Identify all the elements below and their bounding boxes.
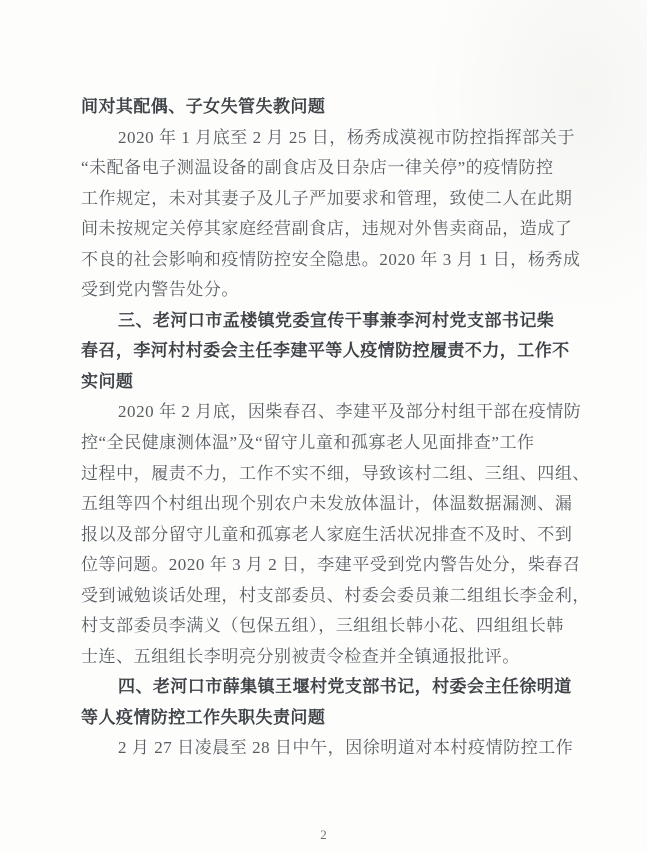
text-block: 间对其配偶、子女失管失教问题2020 年 1 月底至 2 月 25 日，杨秀成漠…: [81, 92, 575, 764]
body-line: 受到党内警告处分。: [81, 275, 575, 306]
body-line: 士连、五组组长李明亮分别被责令检查并全镇通报批评。: [81, 642, 575, 673]
body-line: 不良的社会影响和疫情防控安全隐患。2020 年 3 月 1 日，杨秀成: [81, 245, 575, 276]
body-line: 受到诫勉谈话处理，村支部委员、村委会委员兼二组组长李金利，: [81, 581, 575, 612]
heading-line: 实问题: [81, 367, 575, 398]
body-line: 位等问题。2020 年 3 月 2 日，李建平受到党内警告处分，柴春召: [81, 550, 575, 581]
body-line: 报以及部分留守儿童和孤寡老人家庭生活状况排查不及时、不到: [81, 520, 575, 551]
heading-line: 三、老河口市孟楼镇党委宣传干事兼李河村党支部书记柴: [81, 306, 575, 337]
body-line: 间未按规定关停其家庭经营副食店，违规对外售卖商品，造成了: [81, 214, 575, 245]
body-line: 控“全民健康测体温”及“留守儿童和孤寡老人见面排查”工作: [81, 428, 575, 459]
document-page: 间对其配偶、子女失管失教问题2020 年 1 月底至 2 月 25 日，杨秀成漠…: [0, 0, 647, 853]
heading-line: 春召，李河村村委会主任李建平等人疫情防控履责不力，工作不: [81, 336, 575, 367]
body-line: 五组等四个村组出现个别农户未发放体温计，体温数据漏测、漏: [81, 489, 575, 520]
heading-line: 间对其配偶、子女失管失教问题: [81, 92, 575, 123]
heading-line: 等人疫情防控工作失职失责问题: [81, 703, 575, 734]
heading-line: 四、老河口市薛集镇王堰村党支部书记，村委会主任徐明道: [81, 672, 575, 703]
body-line: 2 月 27 日凌晨至 28 日中午，因徐明道对本村疫情防控工作: [81, 733, 575, 764]
body-line: 过程中，履责不力，工作不实不细，导致该村二组、三组、四组、: [81, 459, 575, 490]
body-line: “未配备电子测温设备的副食店及日杂店一律关停”的疫情防控: [81, 153, 575, 184]
body-line: 2020 年 1 月底至 2 月 25 日，杨秀成漠视市防控指挥部关于: [81, 123, 575, 154]
page-number: 2: [0, 827, 647, 843]
body-line: 2020 年 2 月底，因柴春召、李建平及部分村组干部在疫情防: [81, 397, 575, 428]
body-line: 村支部委员李满义（包保五组），三组组长韩小花、四组组长韩: [81, 611, 575, 642]
body-line: 工作规定，未对其妻子及儿子严加要求和管理，致使二人在此期: [81, 184, 575, 215]
